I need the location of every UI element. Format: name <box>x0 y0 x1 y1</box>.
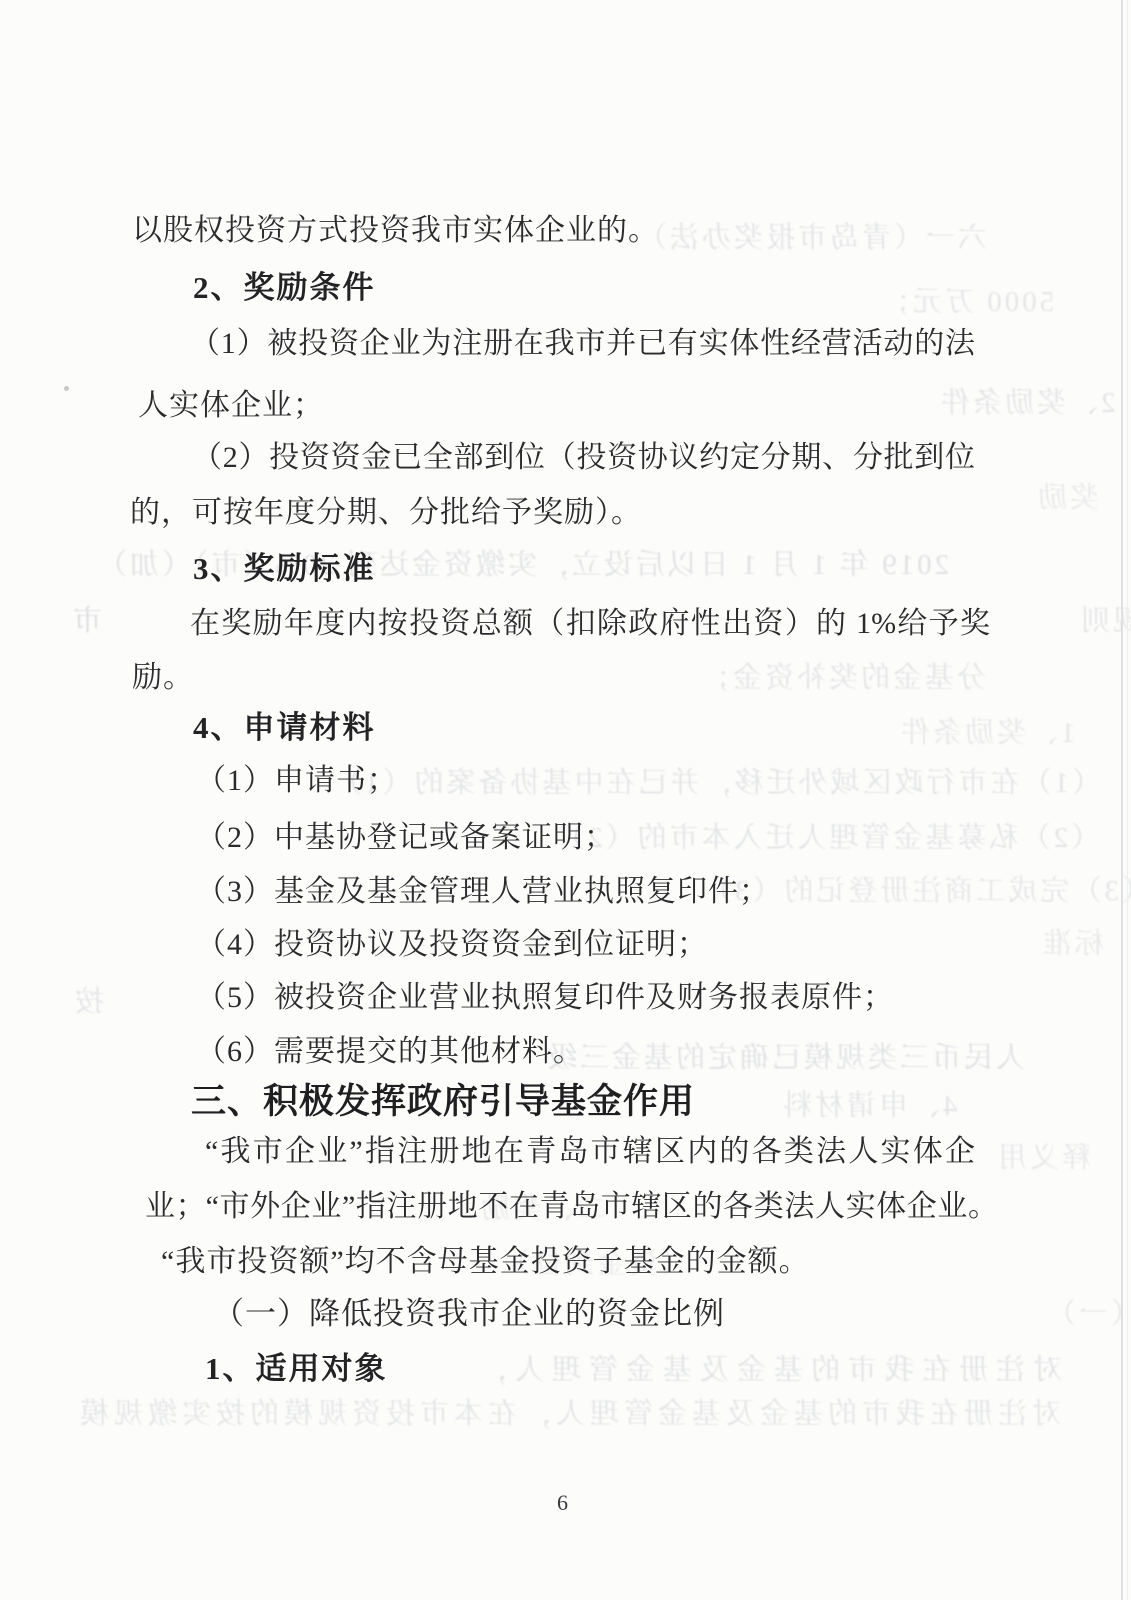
bleed-through-line: 释义用 <box>995 1138 1091 1178</box>
bleed-through-line: 分基金的奖补资金； <box>698 658 986 698</box>
bleed-through-line: 按 <box>72 982 104 1022</box>
bleed-through-line: 市 <box>70 601 102 641</box>
subsection-heading: 1、适用对象 <box>205 1348 388 1390</box>
body-text-line: 在奖励年度内按投资总额（扣除政府性出资）的 1%给予奖 <box>190 603 990 645</box>
bleed-through-line: （一） <box>1044 1294 1131 1334</box>
scan-edge-line <box>1121 0 1123 1600</box>
list-item-line: （6）需要提交的其他材料。 <box>196 1031 584 1073</box>
bleed-through-line: 对注册在我市的基金及基金管理人，在本市投资规模的按实缴规模 <box>75 1394 1061 1434</box>
list-item-line: （4）投资协议及投资资金到位证明； <box>196 924 708 966</box>
list-item-line: （2）中基协登记或备案证明； <box>196 817 615 859</box>
bleed-through-line: 2、奖励条件 <box>938 383 1116 423</box>
body-text-line: 励。 <box>132 657 194 699</box>
bleed-through-line: 奖励 <box>1035 478 1099 518</box>
list-item-line: （3）基金及基金管理人营业执照复印件； <box>196 871 770 913</box>
scan-speck <box>64 386 69 391</box>
bleed-through-line: 4、申请材料 <box>780 1086 958 1126</box>
body-text-line: “我市投资额”均不含母基金投资子基金的金额。 <box>161 1241 810 1283</box>
section-heading: 三、积极发挥政府引导基金作用 <box>191 1080 695 1124</box>
body-text-line: （1）被投资企业为注册在我市并已有实体性经营活动的法 <box>190 323 975 365</box>
bleed-through-line: 规则 <box>1078 601 1131 641</box>
body-text-line: 人实体企业； <box>138 385 324 427</box>
bleed-through-line: （1）在市行政区域外迁移，并已在中基协备案的（1） <box>330 763 1101 803</box>
bleed-through-line: 1、奖励条件 <box>898 713 1076 753</box>
list-item-line: （5）被投资企业营业执照复印件及财务报表原件； <box>196 977 894 1019</box>
body-text-line: “我市企业”指注册地在青岛市辖区内的各类法人实体企 <box>205 1131 975 1173</box>
subsection-heading: 2、奖励条件 <box>193 267 376 309</box>
bleed-through-line: 人民币三类规模已确定的基金三级 <box>545 1038 1025 1078</box>
bleed-through-line: 5000 万元； <box>878 282 1054 322</box>
body-text-line: 业；“市外企业”指注册地不在青岛市辖区的各类法人实体企业。 <box>145 1186 998 1228</box>
bleed-through-line: 六一（青岛市报奖办法） <box>635 218 987 258</box>
scanned-document-page: 六一（青岛市报奖办法） 5000 万元； 2、奖励条件 奖励 2019 年 1 … <box>0 0 1131 1600</box>
subsection-heading: 3、奖励标准 <box>193 548 376 590</box>
subsection-title: （一）降低投资我市企业的资金比例 <box>213 1293 725 1335</box>
page-number: 6 <box>557 1490 568 1516</box>
body-text-line: （2）投资资金已全部到位（投资协议约定分期、分批到位 <box>192 437 975 479</box>
bleed-through-line: 标准 <box>1040 924 1104 964</box>
bleed-through-line: 对注册在我市的基金及基金管理人， <box>470 1350 1062 1390</box>
scan-edge-line <box>1127 0 1128 1600</box>
subsection-heading: 4、申请材料 <box>193 707 376 749</box>
bleed-through-line: （2）私募基金管理人迁入本市的（2） <box>553 818 1100 858</box>
body-text-line: 的，可按年度分期、分批给予奖励）。 <box>130 492 642 534</box>
list-item-line: （1）申请书； <box>196 760 398 802</box>
body-text-line: 以股权投资方式投资我市实体企业的。 <box>132 210 659 252</box>
